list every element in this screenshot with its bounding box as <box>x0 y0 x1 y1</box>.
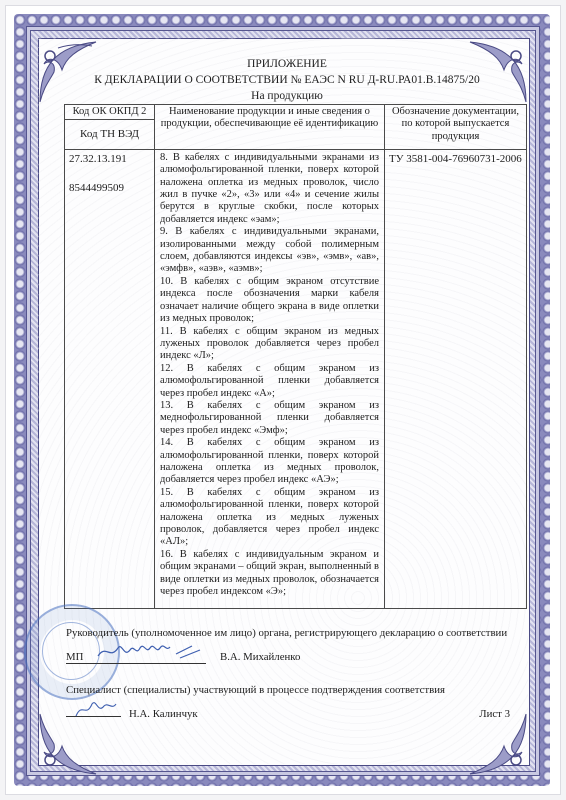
description-item: 13. В кабелях с общим экраном из меднофо… <box>160 400 379 437</box>
table-header-row: Код ОК ОКПД 2 Код ТН ВЭД Наименование пр… <box>65 105 527 150</box>
declaration-number: К ДЕКЛАРАЦИИ О СООТВЕТСТВИИ № ЕАЭС N RU … <box>64 72 510 88</box>
table-row: 27.32.13.191 8544499509 8. В кабелях с и… <box>65 149 527 608</box>
header-okpd: Код ОК ОКПД 2 <box>65 105 154 120</box>
description-item: 9. В кабелях с индивидуальными экранами,… <box>160 226 379 276</box>
description-item: 8. В кабелях с индивидуальными экранами … <box>160 152 379 226</box>
page-background: ПРИЛОЖЕНИЕ К ДЕКЛАРАЦИИ О СООТВЕТСТВИИ №… <box>0 0 566 800</box>
signature-scribble-icon <box>96 640 206 662</box>
tnved-code: 8544499509 <box>69 182 150 195</box>
specialist-signature-label: Специалист (специалисты) участвующий в п… <box>66 684 445 696</box>
document-header: ПРИЛОЖЕНИЕ К ДЕКЛАРАЦИИ О СООТВЕТСТВИИ №… <box>64 56 510 104</box>
description-item: 12. В кабелях с общим экраном из алюмофо… <box>160 363 379 400</box>
description-item: 16. В кабелях с индивидуальным экраном и… <box>160 549 379 599</box>
description-item: 10. В кабелях с общим экраном отсутствие… <box>160 276 379 326</box>
specialist-name: Н.А. Калинчук <box>129 708 198 720</box>
cell-documentation: ТУ 3581-004-76960731-2006 <box>385 149 527 608</box>
cell-codes: 27.32.13.191 8544499509 <box>65 149 155 608</box>
signature-scribble-icon <box>74 698 118 720</box>
header-codes: Код ОК ОКПД 2 Код ТН ВЭД <box>65 105 155 150</box>
description-item: 15. В кабелях с общим экраном из алюмофо… <box>160 487 379 549</box>
head-name: В.А. Михайленко <box>220 651 300 663</box>
section-label: На продукцию <box>64 88 510 104</box>
corner-ornament-icon <box>460 710 530 780</box>
head-signature-label: Руководитель (уполномоченное им лицо) ор… <box>66 627 516 639</box>
document-title: ПРИЛОЖЕНИЕ <box>64 56 510 72</box>
header-tnved: Код ТН ВЭД <box>65 120 154 148</box>
okpd-code: 27.32.13.191 <box>69 153 150 166</box>
header-product-name: Наименование продукции и иные сведения о… <box>155 105 385 150</box>
description-item: 14. В кабелях с общим экраном из алюмофо… <box>160 437 379 487</box>
sheet-number: Лист 3 <box>479 708 510 720</box>
document-content: ПРИЛОЖЕНИЕ К ДЕКЛАРАЦИИ О СООТВЕТСТВИИ №… <box>64 56 510 609</box>
products-table: Код ОК ОКПД 2 Код ТН ВЭД Наименование пр… <box>64 104 527 609</box>
cell-description: 8. В кабелях с индивидуальными экранами … <box>155 149 385 608</box>
header-documentation: Обозначение документации, по которой вып… <box>385 105 527 150</box>
corner-ornament-icon <box>36 710 106 780</box>
description-item: 11. В кабелях с общим экраном из медных … <box>160 326 379 363</box>
